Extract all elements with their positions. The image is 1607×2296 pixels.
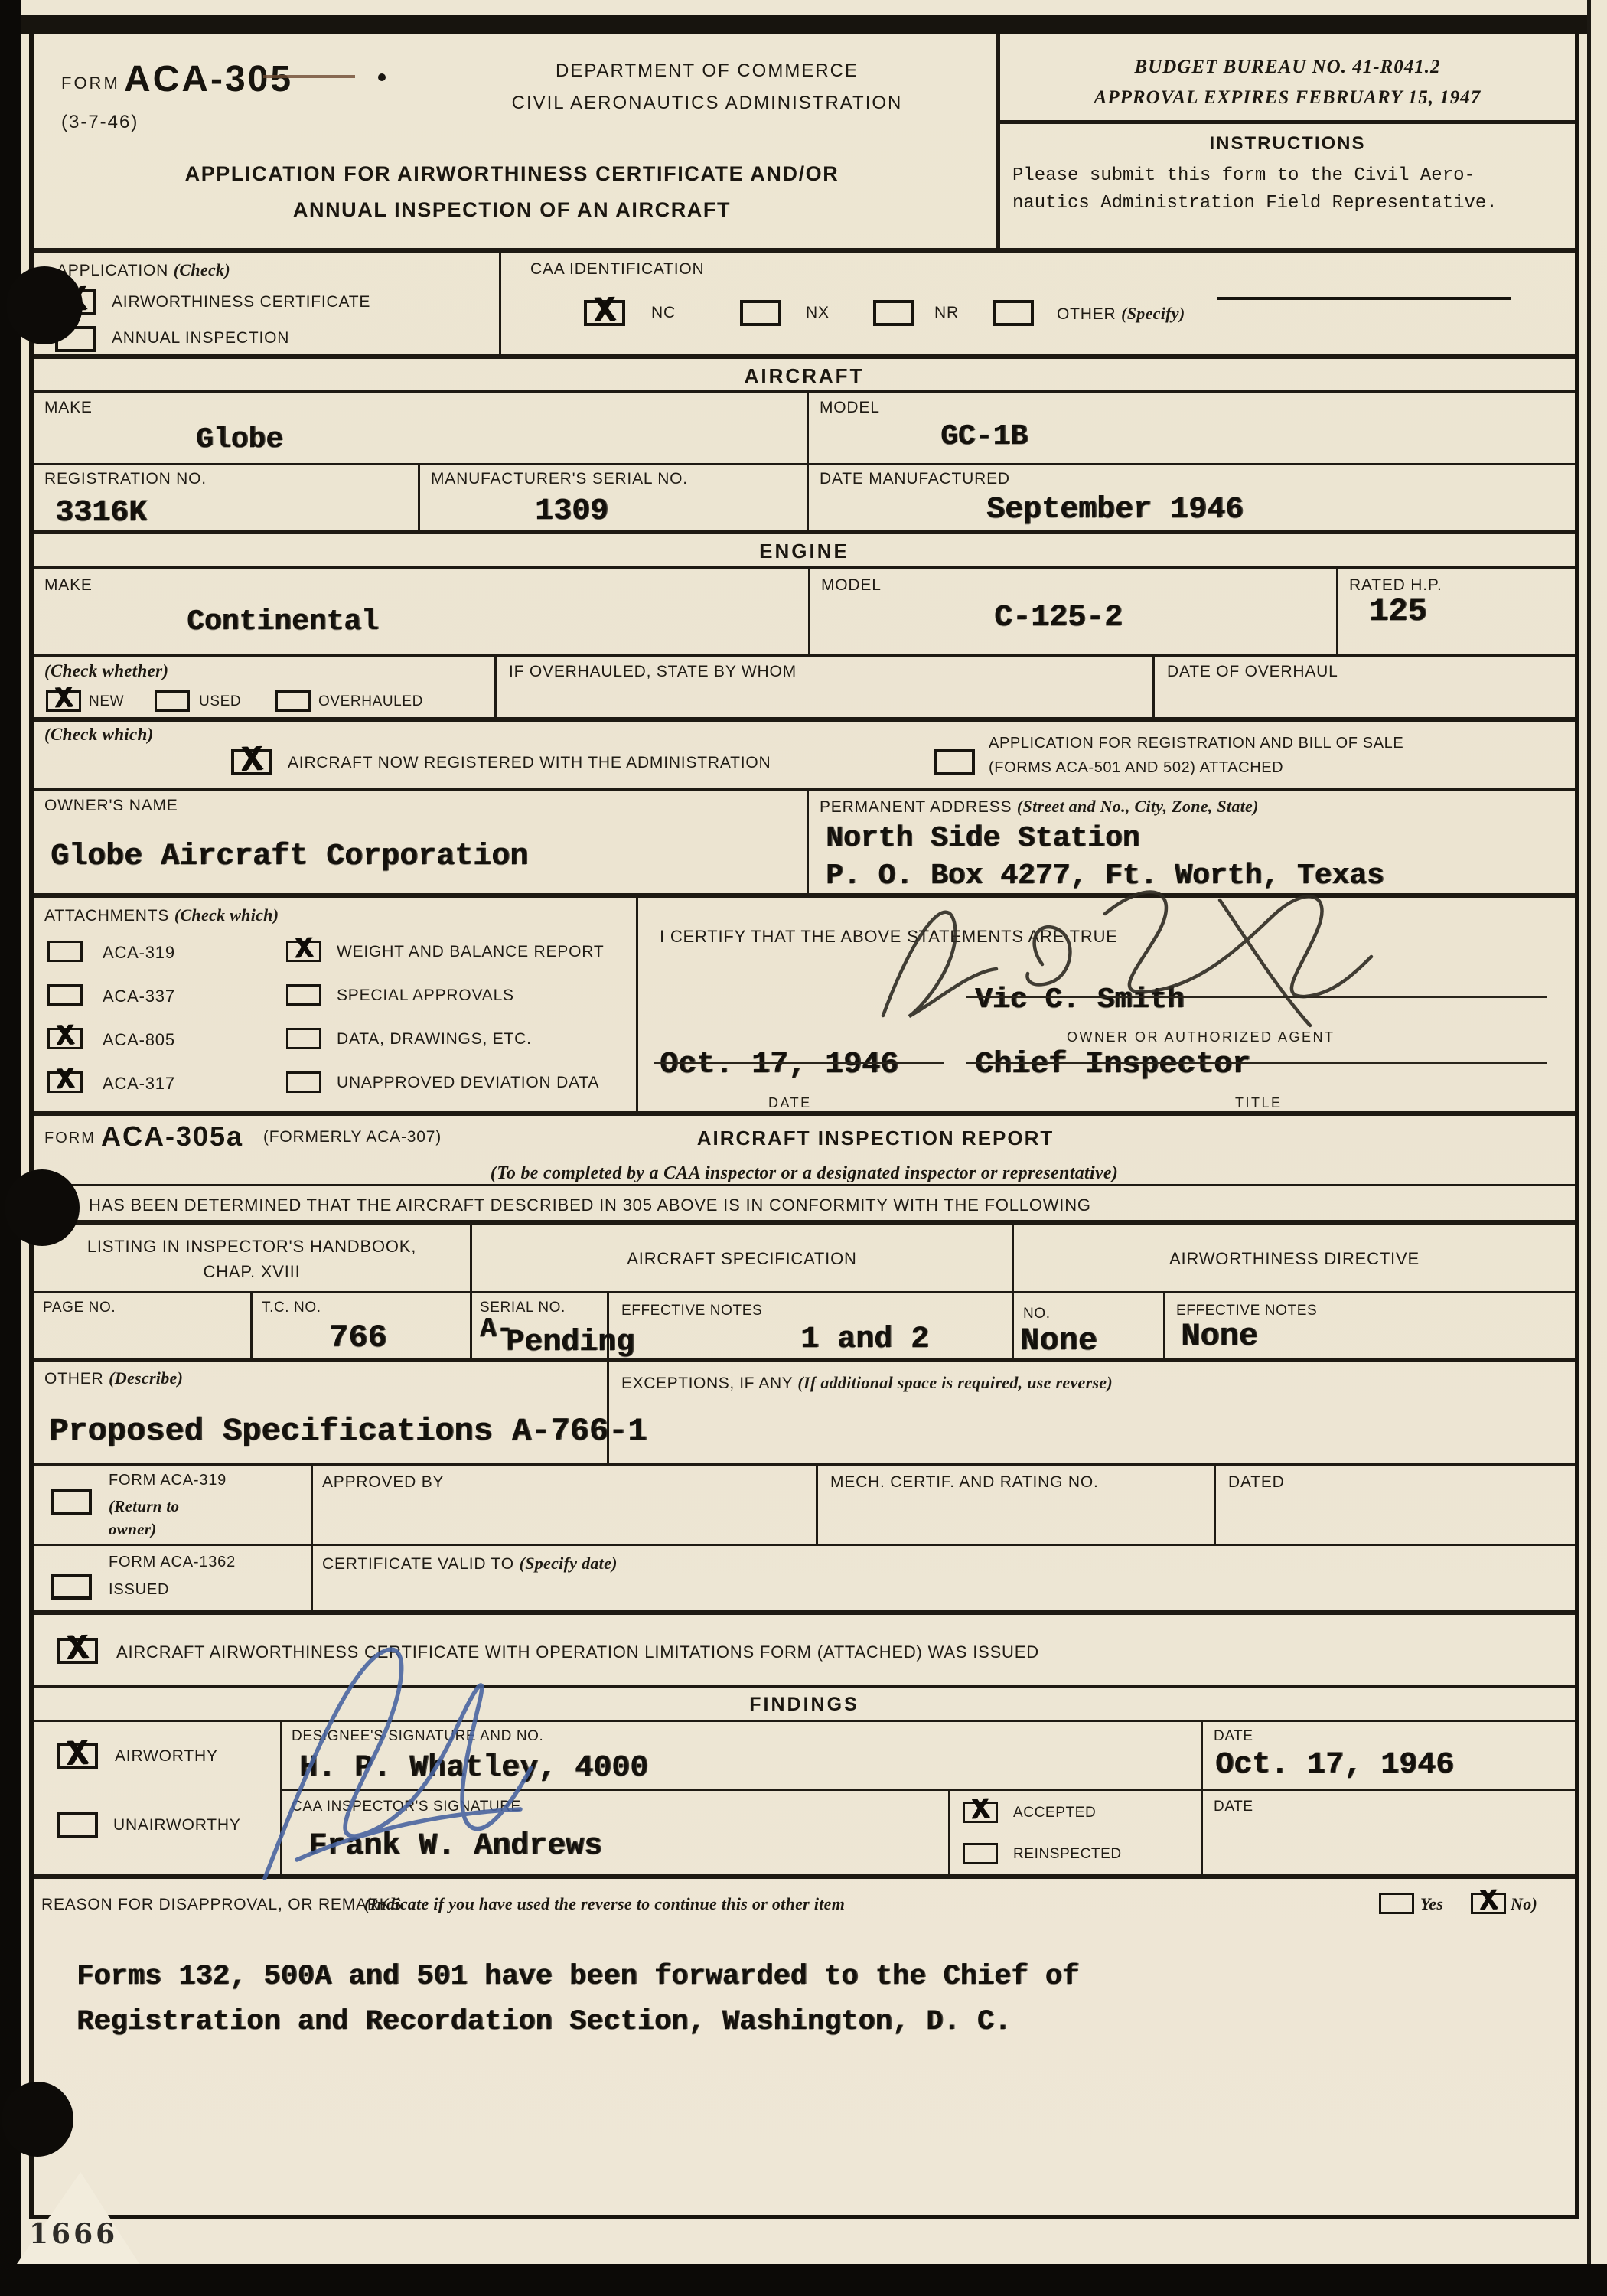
engine-used-label: USED	[199, 693, 241, 710]
report-subtitle: (To be completed by a CAA inspector or a…	[491, 1163, 1118, 1183]
ink-smudge	[263, 75, 355, 78]
airworthy-label: AIRWORTHY	[115, 1747, 218, 1766]
attachments-certify-row: ATTACHMENTS (Check which) ACA-319 X WEIG…	[34, 898, 1575, 1116]
findings-banner: FINDINGS	[34, 1688, 1575, 1720]
designee-cell: DESIGNEE'S SIGNATURE AND NO. H. P. Whatl…	[282, 1722, 1201, 1789]
exceptions-label: EXCEPTIONS, IF ANY (If additional space …	[621, 1368, 1501, 1397]
scanned-form-page: FORM ACA-305 (3-7-46) DEPARTMENT OF COMM…	[21, 0, 1607, 2264]
nc-label: NC	[651, 304, 676, 322]
accepted-checkbox[interactable]: X	[963, 1802, 998, 1823]
owner-row: OWNER'S NAME Globe Aircraft Corporation …	[34, 791, 1575, 898]
aca-319-checkbox[interactable]	[47, 941, 83, 962]
report-form-number: ACA-305a	[101, 1120, 243, 1153]
owner-address-label: PERMANENT ADDRESS (Street and No., City,…	[820, 797, 1259, 817]
engine-make-label: MAKE	[44, 576, 93, 595]
date-overhaul-label: DATE OF OVERHAUL	[1167, 663, 1338, 681]
top-border-bar	[21, 15, 1589, 34]
page-edge-line	[1587, 0, 1591, 2264]
serial-no-label: MANUFACTURER'S SERIAL NO.	[431, 470, 688, 488]
tc-no-value: 766	[329, 1319, 387, 1356]
owner-address-line2: P. O. Box 4277, Ft. Worth, Texas	[826, 857, 1384, 895]
x-mark: X	[971, 1796, 989, 1826]
reverse-no-label: No)	[1511, 1894, 1537, 1914]
bill-of-sale-label: APPLICATION FOR REGISTRATION AND BILL OF…	[989, 731, 1403, 780]
form-title-line2: ANNUAL INSPECTION OF AN AIRCRAFT	[80, 192, 944, 228]
accepted-label: ACCEPTED	[1013, 1805, 1096, 1821]
reverse-yes-label: Yes	[1420, 1894, 1443, 1914]
owner-address-cell: PERMANENT ADDRESS (Street and No., City,…	[807, 791, 1575, 893]
aca-319-form-cell: FORM ACA-319 (Return to owner)	[34, 1466, 311, 1544]
certify-signer-typed: Vic C. Smith	[975, 983, 1185, 1016]
engine-overhauled-checkbox[interactable]	[275, 690, 311, 712]
page-no-label: PAGE NO.	[43, 1300, 116, 1316]
weight-balance-checkbox[interactable]: X	[286, 941, 321, 962]
spec-notes-label: EFFECTIVE NOTES	[621, 1303, 762, 1319]
registration-status-cell: (Check which) X AIRCRAFT NOW REGISTERED …	[34, 722, 1575, 788]
engine-condition-cell: (Check whether) X NEW USED OVERHAULED	[34, 657, 494, 717]
handbook-line2: CHAP. XVIII	[34, 1259, 470, 1284]
punch-hole-middle	[5, 1169, 80, 1246]
reverse-yes-checkbox[interactable]	[1379, 1893, 1414, 1914]
aircraft-banner: AIRCRAFT	[34, 359, 1575, 390]
aca-337-label: ACA-337	[103, 987, 175, 1006]
dated-label: DATED	[1228, 1473, 1285, 1492]
attachments-cell: ATTACHMENTS (Check which) ACA-319 X WEIG…	[34, 898, 636, 1111]
x-mark: X	[54, 685, 73, 715]
certificate-valid-label: CERTIFICATE VALID TO (Specify date)	[322, 1554, 618, 1574]
aircraft-model-value: GC-1B	[940, 420, 1028, 453]
aircraft-make-cell: MAKE Globe	[34, 393, 807, 463]
form-title: APPLICATION FOR AIRWORTHINESS CERTIFICAT…	[80, 156, 944, 229]
engine-make-value: Continental	[187, 605, 379, 638]
owner-address-line1: North Side Station	[826, 820, 1384, 857]
listing-values-row: PAGE NO. T.C. NO. 766 SERIAL NO. A- Pend…	[34, 1293, 1575, 1362]
exceptions-cell: EXCEPTIONS, IF ANY (If additional space …	[607, 1362, 1575, 1463]
certificate-issued-label: AIRCRAFT AIRWORTHINESS CERTIFICATE WITH …	[116, 1642, 1039, 1662]
determination-text: HAS BEEN DETERMINED THAT THE AIRCRAFT DE…	[89, 1195, 1091, 1215]
directive-no-label: NO.	[1023, 1306, 1051, 1322]
report-formerly: (FORMERLY ACA-307)	[263, 1128, 442, 1146]
approved-by-label: APPROVED BY	[322, 1473, 444, 1492]
application-row: APPLICATION (Check) X AIRWORTHINESS CERT…	[34, 253, 1575, 359]
reinspected-label: REINSPECTED	[1013, 1846, 1122, 1863]
designee-subrow: DESIGNEE'S SIGNATURE AND NO. H. P. Whatl…	[282, 1722, 1575, 1791]
report-title: AIRCRAFT INSPECTION REPORT	[569, 1127, 1182, 1150]
report-subtitle-cell: (To be completed by a CAA inspector or a…	[34, 1162, 1575, 1184]
reason-row: REASON FOR DISAPPROVAL, OR REMARKS (Indi…	[34, 1879, 1575, 1936]
nc-checkbox[interactable]: X	[584, 300, 625, 326]
certify-statement: I CERTIFY THAT THE ABOVE STATEMENTS ARE …	[660, 927, 1118, 947]
directive-no-value: None	[1020, 1322, 1097, 1359]
registration-no-label: REGISTRATION NO.	[44, 470, 207, 488]
designee-label: DESIGNEE'S SIGNATURE AND NO.	[292, 1728, 543, 1745]
other-checkbox[interactable]	[993, 300, 1034, 326]
findings-banner-row: FINDINGS	[34, 1688, 1575, 1722]
certificate-issued-cell: X AIRCRAFT AIRWORTHINESS CERTIFICATE WIT…	[34, 1615, 1575, 1685]
aca-805-checkbox[interactable]: X	[47, 1028, 83, 1049]
deviation-data-checkbox[interactable]	[286, 1071, 321, 1093]
aca-305-form: FORM ACA-305 (3-7-46) DEPARTMENT OF COMM…	[29, 34, 1579, 2219]
designee-value: H. P. Whatley, 4000	[299, 1751, 648, 1786]
other-label: OTHER (Specify)	[1057, 304, 1185, 324]
reverse-no-checkbox[interactable]: X	[1471, 1893, 1506, 1914]
engine-model-cell: MODEL C-125-2	[808, 569, 1336, 654]
directive-no-cell: NO. None	[1012, 1293, 1163, 1358]
remarks-line1: Forms 132, 500A and 501 have been forwar…	[77, 1955, 1079, 2000]
spec-serial-value-pending: Pending	[506, 1326, 634, 1360]
agent-caption: OWNER OR AUTHORIZED AGENT	[1067, 1029, 1335, 1045]
aca-1362-row: FORM ACA-1362 ISSUED CERTIFICATE VALID T…	[34, 1546, 1575, 1615]
aca-319-return-checkbox[interactable]	[51, 1489, 92, 1515]
x-mark: X	[1479, 1887, 1498, 1917]
other-specify-line[interactable]	[1217, 297, 1511, 300]
certificate-issued-checkbox[interactable]: X	[57, 1638, 98, 1664]
form-title-line1: APPLICATION FOR AIRWORTHINESS CERTIFICAT…	[80, 156, 944, 192]
instructions-text: Please submit this form to the Civil Aer…	[1000, 155, 1575, 217]
check-whether-label: (Check whether)	[44, 661, 168, 681]
reason-hint: (Indicate if you have used the reverse t…	[364, 1894, 845, 1914]
designee-date-cell: DATE Oct. 17, 1946	[1201, 1722, 1575, 1789]
mech-certif-label: MECH. CERTIF. AND RATING NO.	[830, 1473, 1099, 1492]
other-exceptions-row: OTHER (Describe) Proposed Specifications…	[34, 1362, 1575, 1466]
data-drawings-checkbox[interactable]	[286, 1028, 321, 1049]
nr-checkbox[interactable]	[873, 300, 914, 326]
spec-header-cell: AIRCRAFT SPECIFICATION	[470, 1225, 1012, 1291]
special-approvals-label: SPECIAL APPROVALS	[337, 987, 514, 1005]
engine-new-checkbox[interactable]: X	[46, 690, 81, 712]
aca-1362-form-label: FORM ACA-1362	[109, 1554, 236, 1571]
x-mark: X	[240, 742, 262, 778]
data-drawings-label: DATA, DRAWINGS, ETC.	[337, 1030, 532, 1049]
engine-make-row: MAKE Continental MODEL C-125-2 RATED H.P…	[34, 569, 1575, 657]
date-overhaul-cell: DATE OF OVERHAUL	[1152, 657, 1575, 717]
remarks-cell: Forms 132, 500A and 501 have been forwar…	[34, 1936, 1575, 2215]
date-manufactured-label: DATE MANUFACTURED	[820, 470, 1010, 488]
aca-319-return-label: (Return to owner)	[109, 1495, 179, 1541]
registration-no-cell: REGISTRATION NO. 3316K	[34, 465, 418, 530]
accepted-cell: X ACCEPTED REINSPECTED	[948, 1791, 1201, 1874]
tc-no-label: T.C. NO.	[262, 1300, 321, 1316]
designee-date-label: DATE	[1214, 1728, 1253, 1745]
bill-of-sale-checkbox[interactable]	[934, 749, 975, 775]
instructions-line1: Please submit this form to the Civil Aer…	[1012, 162, 1564, 190]
engine-model-label: MODEL	[821, 576, 882, 595]
designee-date-value: Oct. 17, 1946	[1215, 1748, 1454, 1782]
findings-body-row: X AIRWORTHY UNAIRWORTHY DESIGNEE'S SIGNA…	[34, 1722, 1575, 1879]
caa-identification-label: CAA IDENTIFICATION	[530, 260, 705, 279]
directive-header: AIRWORTHINESS DIRECTIVE	[1169, 1249, 1420, 1268]
registered-checkbox[interactable]: X	[231, 749, 272, 775]
form-label: FORM	[61, 73, 120, 93]
aca-805-label: ACA-805	[103, 1030, 175, 1050]
budget-bureau-block: BUDGET BUREAU NO. 41-R041.2 APPROVAL EXP…	[1000, 34, 1575, 124]
budget-line2: APPROVAL EXPIRES FEBRUARY 15, 1947	[1000, 83, 1575, 113]
inspector-cell: CAA INSPECTOR'S SIGNATURE Frank W. Andre…	[282, 1791, 948, 1874]
aca-1362-issued-label: ISSUED	[109, 1581, 169, 1599]
form-revision-date: (3-7-46)	[61, 112, 139, 133]
form-header-row: FORM ACA-305 (3-7-46) DEPARTMENT OF COMM…	[34, 34, 1575, 253]
other-label: OTHER (Describe)	[44, 1368, 183, 1388]
remarks-line2: Registration and Recordation Section, Wa…	[77, 2000, 1079, 2045]
listing-header-row: LISTING IN INSPECTOR'S HANDBOOK, CHAP. X…	[34, 1225, 1575, 1293]
engine-model-value: C-125-2	[994, 601, 1123, 635]
aca-1362-issued-checkbox[interactable]	[51, 1574, 92, 1600]
aca-319-form-label: FORM ACA-319	[109, 1472, 227, 1489]
x-mark: X	[56, 1022, 74, 1052]
directive-notes-cell: EFFECTIVE NOTES None	[1163, 1293, 1575, 1358]
spec-header: AIRCRAFT SPECIFICATION	[627, 1249, 856, 1268]
annual-inspection-label: ANNUAL INSPECTION	[112, 329, 289, 347]
determination-row: HAS BEEN DETERMINED THAT THE AIRCRAFT DE…	[34, 1186, 1575, 1225]
serial-stamp: 1666	[29, 2218, 118, 2250]
aca-1362-form-cell: FORM ACA-1362 ISSUED	[34, 1546, 311, 1610]
directive-notes-value: None	[1181, 1318, 1258, 1355]
special-approvals-checkbox[interactable]	[286, 984, 321, 1006]
inspector-date-label: DATE	[1214, 1799, 1253, 1815]
weight-balance-label: WEIGHT AND BALANCE REPORT	[337, 943, 604, 961]
engine-banner-row: ENGINE	[34, 534, 1575, 569]
deviation-data-label: UNAPPROVED DEVIATION DATA	[337, 1074, 599, 1092]
date-caption: DATE	[768, 1095, 812, 1111]
ink-dot	[378, 73, 386, 81]
aca-337-checkbox[interactable]	[47, 984, 83, 1006]
certificate-issued-row: X AIRCRAFT AIRWORTHINESS CERTIFICATE WIT…	[34, 1615, 1575, 1688]
spec-notes-value: 1 and 2	[800, 1322, 929, 1357]
certificate-valid-cell: CERTIFICATE VALID TO (Specify date)	[311, 1546, 1575, 1610]
airworthy-column: X AIRWORTHY UNAIRWORTHY	[34, 1722, 280, 1874]
dated-cell: DATED	[1214, 1466, 1575, 1544]
header-right-cell: BUDGET BUREAU NO. 41-R041.2 APPROVAL EXP…	[996, 34, 1575, 248]
directive-header-cell: AIRWORTHINESS DIRECTIVE	[1012, 1225, 1575, 1291]
aircraft-make-label: MAKE	[44, 399, 93, 417]
registration-no-value: 3316K	[55, 496, 147, 530]
airworthiness-certificate-label: AIRWORTHINESS CERTIFICATE	[112, 293, 370, 311]
aircraft-model-label: MODEL	[820, 399, 880, 417]
airworthy-checkbox[interactable]: X	[57, 1743, 98, 1769]
engine-hp-label: RATED H.P.	[1349, 576, 1442, 595]
engine-new-label: NEW	[89, 693, 124, 710]
page-no-cell: PAGE NO.	[34, 1293, 250, 1358]
caa-identification-cell: CAA IDENTIFICATION X NC NX NR OTHER (Spe…	[499, 253, 1575, 354]
header-left-cell: FORM ACA-305 (3-7-46) DEPARTMENT OF COMM…	[34, 34, 996, 248]
handbook-line1: LISTING IN INSPECTOR'S HANDBOOK,	[34, 1234, 470, 1259]
owner-name-value: Globe Aircraft Corporation	[51, 840, 528, 874]
date-manufactured-cell: DATE MANUFACTURED September 1946	[807, 465, 1575, 530]
tc-no-cell: T.C. NO. 766	[250, 1293, 470, 1358]
instructions-line2: nautics Administration Field Representat…	[1012, 190, 1564, 217]
nx-checkbox[interactable]	[740, 300, 781, 326]
determination-cell: HAS BEEN DETERMINED THAT THE AIRCRAFT DE…	[34, 1186, 1575, 1220]
owner-name-cell: OWNER'S NAME Globe Aircraft Corporation	[34, 791, 807, 893]
report-subtitle-row: (To be completed by a CAA inspector or a…	[34, 1162, 1575, 1186]
aircraft-registration-row: REGISTRATION NO. 3316K MANUFACTURER'S SE…	[34, 465, 1575, 534]
engine-banner: ENGINE	[34, 534, 1575, 566]
engine-used-checkbox[interactable]	[155, 690, 190, 712]
x-mark: X	[66, 1737, 88, 1773]
department-line1: DEPARTMENT OF COMMERCE	[462, 55, 952, 87]
agent-signature-line[interactable]	[966, 996, 1547, 998]
x-mark: X	[295, 935, 313, 965]
budget-line1: BUDGET BUREAU NO. 41-R041.2	[1000, 52, 1575, 83]
engine-make-cell: MAKE Continental	[34, 569, 808, 654]
approved-by-cell: APPROVED BY	[311, 1466, 816, 1544]
other-cell: OTHER (Describe) Proposed Specifications…	[34, 1362, 607, 1463]
inspector-subrow: CAA INSPECTOR'S SIGNATURE Frank W. Andre…	[282, 1791, 1575, 1874]
punch-hole-bottom	[2, 2082, 73, 2157]
report-form-label: FORM	[44, 1130, 96, 1147]
certify-cell: I CERTIFY THAT THE ABOVE STATEMENTS ARE …	[636, 898, 1575, 1111]
inspector-value: Frank W. Andrews	[308, 1829, 602, 1864]
x-mark: X	[593, 293, 615, 329]
serial-no-value: 1309	[535, 494, 608, 529]
certify-title-typed: Chief Inspector	[975, 1048, 1250, 1082]
bill-of-sale-line2: (FORMS ACA-501 AND 502) ATTACHED	[989, 755, 1403, 780]
aca-317-label: ACA-317	[103, 1074, 175, 1094]
handbook-header-cell: LISTING IN INSPECTOR'S HANDBOOK, CHAP. X…	[34, 1225, 470, 1291]
reinspected-checkbox[interactable]	[963, 1843, 998, 1864]
aca-317-checkbox[interactable]: X	[47, 1071, 83, 1093]
instructions-block: INSTRUCTIONS Please submit this form to …	[1000, 124, 1575, 217]
bill-of-sale-line1: APPLICATION FOR REGISTRATION AND BILL OF…	[989, 731, 1403, 755]
directive-notes-label: EFFECTIVE NOTES	[1176, 1303, 1317, 1319]
inspector-date-cell: DATE	[1201, 1791, 1575, 1874]
report-header-cell: FORM ACA-305a (FORMERLY ACA-307) AIRCRAF…	[34, 1116, 1575, 1162]
remarks-row: Forms 132, 500A and 501 have been forwar…	[34, 1936, 1575, 2215]
engine-condition-row: (Check whether) X NEW USED OVERHAULED IF…	[34, 657, 1575, 722]
remarks-text: Forms 132, 500A and 501 have been forwar…	[77, 1955, 1079, 2045]
spec-serial-cell: SERIAL NO. A- Pending	[470, 1293, 607, 1358]
certify-date-typed: Oct. 17, 1946	[660, 1048, 898, 1082]
inspector-label: CAA INSPECTOR'S SIGNATURE	[292, 1799, 521, 1815]
aircraft-make-model-row: MAKE Globe MODEL GC-1B	[34, 393, 1575, 465]
overhauled-by-label: IF OVERHAULED, STATE BY WHOM	[509, 663, 797, 681]
engine-overhauled-label: OVERHAULED	[318, 693, 423, 710]
aca-319-label: ACA-319	[103, 943, 175, 963]
nx-label: NX	[806, 304, 830, 322]
attachments-label: ATTACHMENTS (Check which)	[44, 905, 279, 925]
aircraft-banner-row: AIRCRAFT	[34, 359, 1575, 393]
title-caption: TITLE	[1235, 1095, 1283, 1111]
unairworthy-checkbox[interactable]	[57, 1812, 98, 1838]
instructions-title: INSTRUCTIONS	[1000, 133, 1575, 155]
registration-status-row: (Check which) X AIRCRAFT NOW REGISTERED …	[34, 722, 1575, 791]
owner-address-value: North Side Station P. O. Box 4277, Ft. W…	[826, 820, 1384, 895]
punch-hole-top	[6, 266, 83, 344]
aircraft-make-value: Globe	[196, 423, 283, 456]
x-mark: X	[56, 1066, 74, 1096]
reason-label: REASON FOR DISAPPROVAL, OR REMARKS	[41, 1896, 402, 1914]
date-manufactured-value: September 1946	[986, 493, 1244, 527]
nr-label: NR	[934, 304, 959, 322]
spec-notes-cell: EFFECTIVE NOTES 1 and 2	[607, 1293, 1012, 1358]
unairworthy-label: UNAIRWORTHY	[113, 1816, 241, 1835]
engine-hp-cell: RATED H.P. 125	[1336, 569, 1575, 654]
x-mark: X	[66, 1631, 88, 1667]
department-line2: CIVIL AERONAUTICS ADMINISTRATION	[462, 87, 952, 119]
engine-hp-value: 125	[1369, 593, 1427, 630]
aca-319-row: FORM ACA-319 (Return to owner) APPROVED …	[34, 1466, 1575, 1546]
application-label: APPLICATION (Check)	[57, 260, 230, 280]
overhauled-by-cell: IF OVERHAULED, STATE BY WHOM	[494, 657, 1152, 717]
application-cell: APPLICATION (Check) X AIRWORTHINESS CERT…	[34, 253, 499, 354]
department-block: DEPARTMENT OF COMMERCE CIVIL AERONAUTICS…	[462, 55, 952, 119]
title-line[interactable]	[966, 1062, 1547, 1064]
serial-no-cell: MANUFACTURER'S SERIAL NO. 1309	[418, 465, 807, 530]
date-line[interactable]	[654, 1062, 944, 1064]
check-which-label: (Check which)	[44, 725, 154, 745]
findings-right-block: DESIGNEE'S SIGNATURE AND NO. H. P. Whatl…	[280, 1722, 1575, 1874]
aircraft-model-cell: MODEL GC-1B	[807, 393, 1575, 463]
registered-label: AIRCRAFT NOW REGISTERED WITH THE ADMINIS…	[288, 754, 771, 772]
reason-cell: REASON FOR DISAPPROVAL, OR REMARKS (Indi…	[34, 1879, 1575, 1936]
report-header-row: FORM ACA-305a (FORMERLY ACA-307) AIRCRAF…	[34, 1116, 1575, 1162]
owner-name-label: OWNER'S NAME	[44, 797, 178, 815]
mech-certif-cell: MECH. CERTIF. AND RATING NO.	[816, 1466, 1214, 1544]
form-number: ACA-305	[124, 58, 293, 100]
other-value: Proposed Specifications A-766-1	[49, 1413, 647, 1450]
